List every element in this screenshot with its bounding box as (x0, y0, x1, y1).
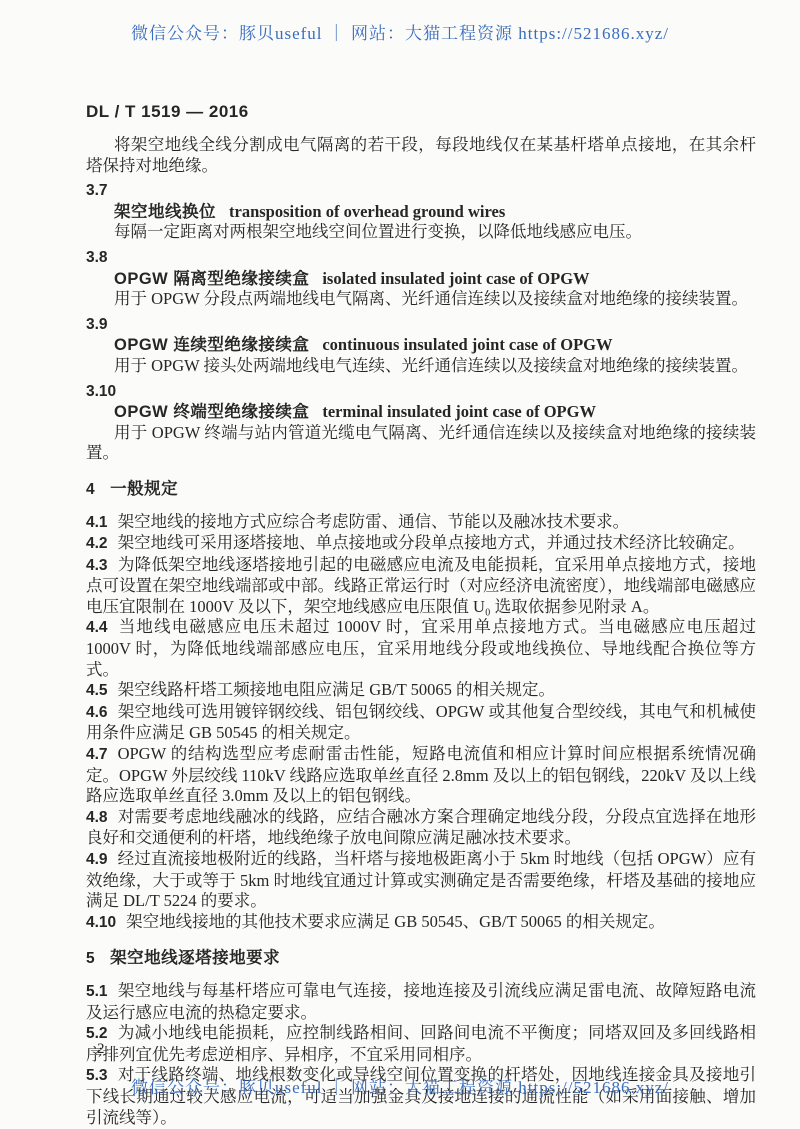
term-title: OPGW 终端型绝缘接续盒terminal insulated joint ca… (86, 402, 756, 423)
clause-text: 为减小地线电能损耗，应控制线路相间、回路间电流不平衡度；同塔双回及多回线路相序排… (86, 1023, 756, 1064)
clause-text: 架空地线可选用镀锌钢绞线、铝包钢绞线、OPGW 或其他复合型绞线，其电气和机械使… (86, 702, 756, 743)
clause-number: 4.1 (86, 514, 108, 531)
term-title-zh: OPGW 隔离型绝缘接续盒 (114, 270, 309, 288)
clause: 4.3为降低架空地线逐塔接地引起的电磁感应电流及电能损耗，宜采用单点接地方式，接… (86, 555, 756, 618)
clause-number: 4.10 (86, 914, 116, 931)
clause-number: 4.2 (86, 535, 108, 552)
clause: 4.4当地线电磁感应电压未超过 1000V 时，宜采用单点接地方式。当电磁感应电… (86, 617, 756, 680)
clause-text: 为降低架空地线逐塔接地引起的电磁感应电流及电能损耗，宜采用单点接地方式，接地点可… (86, 555, 756, 616)
document-content: 将架空地线全线分割成电气隔离的若干段，每段地线仅在某基杆塔单点接地，在其余杆塔保… (86, 135, 756, 1128)
intro-paragraph: 将架空地线全线分割成电气隔离的若干段，每段地线仅在某基杆塔单点接地，在其余杆塔保… (86, 135, 756, 176)
watermark-top: 微信公众号：豚贝useful ｜ 网站：大猫工程资源 https://52168… (0, 19, 800, 44)
section-title: 架空地线逐塔接地要求 (110, 949, 280, 967)
clause-number: 5.2 (86, 1025, 108, 1042)
section-number: 5 (86, 950, 95, 967)
clause-number: 4.8 (86, 809, 108, 826)
page-number: 2 (97, 1041, 105, 1058)
term-title-en: terminal insulated joint case of OPGW (322, 402, 596, 421)
term-title-zh: 架空地线换位 (114, 203, 216, 221)
clause-text: 架空地线与每基杆塔应可靠电气连接，接地连接及引流线应满足雷电流、故障短路电流及运… (86, 981, 756, 1022)
term-number: 3.7 (86, 181, 756, 202)
clause: 4.9经过直流接地极附近的线路，当杆塔与接地极距离小于 5km 时地线（包括 O… (86, 849, 756, 912)
term-number: 3.10 (86, 382, 756, 403)
clause-number: 4.3 (86, 557, 108, 574)
clause: 5.1架空地线与每基杆塔应可靠电气连接，接地连接及引流线应满足雷电流、故障短路电… (86, 981, 756, 1023)
clause-text: 架空地线接地的其他技术要求应满足 GB 50545、GB/T 50065 的相关… (126, 912, 665, 931)
clause-text: 架空地线可采用逐塔接地、单点接地或分段单点接地方式，并通过技术经济比较确定。 (118, 533, 745, 552)
term-title: OPGW 隔离型绝缘接续盒isolated insulated joint ca… (86, 269, 756, 290)
term-title: OPGW 连续型绝缘接续盒continuous insulated joint … (86, 335, 756, 356)
section-title: 一般规定 (110, 480, 178, 498)
term-title-zh: OPGW 终端型绝缘接续盒 (114, 403, 309, 421)
section-heading: 5架空地线逐塔接地要求 (86, 948, 756, 970)
term-number: 3.9 (86, 315, 756, 336)
clause: 5.2为减小地线电能损耗，应控制线路相间、回路间电流不平衡度；同塔双回及多回线路… (86, 1023, 756, 1065)
term-title-en: continuous insulated joint case of OPGW (322, 335, 612, 354)
clause-text: 架空地线的接地方式应综合考虑防雷、通信、节能以及融冰技术要求。 (118, 512, 630, 531)
clause: 4.10架空地线接地的其他技术要求应满足 GB 50545、GB/T 50065… (86, 912, 756, 934)
clause-number: 4.9 (86, 851, 108, 868)
clause-text: 当地线电磁感应电压未超过 1000V 时，宜采用单点接地方式。当电磁感应电压超过… (86, 617, 756, 678)
clause-text: 对需要考虑地线融冰的线路，应结合融冰方案合理确定地线分段，分段点宜选择在地形良好… (86, 807, 756, 848)
clause-text: 经过直流接地极附近的线路，当杆塔与接地极距离小于 5km 时地线（包括 OPGW… (86, 849, 756, 910)
clause-number: 4.5 (86, 682, 108, 699)
term-title-zh: OPGW 连续型绝缘接续盒 (114, 336, 309, 354)
clause-number: 4.6 (86, 704, 108, 721)
term-definition: 用于 OPGW 分段点两端地线电气隔离、光纤通信连续以及接续盒对地绝缘的接续装置… (86, 289, 756, 310)
doc-number: DL / T 1519 — 2016 (86, 102, 249, 122)
term-number: 3.8 (86, 248, 756, 269)
clause-text: 架空线路杆塔工频接地电阻应满足 GB/T 50065 的相关规定。 (118, 680, 555, 699)
clause: 4.1架空地线的接地方式应综合考虑防雷、通信、节能以及融冰技术要求。 (86, 512, 756, 534)
term-definition: 用于 OPGW 终端与站内管道光缆电气隔离、光纤通信连续以及接续盒对地绝缘的接续… (86, 423, 756, 464)
clause-number: 4.7 (86, 746, 108, 763)
clause: 4.7OPGW 的结构选型应考虑耐雷击性能，短路电流值和相应计算时间应根据系统情… (86, 744, 756, 807)
clause-number: 4.4 (86, 619, 108, 636)
section-heading: 4一般规定 (86, 479, 756, 501)
clause: 4.6架空地线可选用镀锌钢绞线、铝包钢绞线、OPGW 或其他复合型绞线，其电气和… (86, 702, 756, 744)
clause: 4.8对需要考虑地线融冰的线路，应结合融冰方案合理确定地线分段，分段点宜选择在地… (86, 807, 756, 849)
term-title: 架空地线换位transposition of overhead ground w… (86, 202, 756, 223)
clause: 4.5架空线路杆塔工频接地电阻应满足 GB/T 50065 的相关规定。 (86, 680, 756, 702)
term-definition: 用于 OPGW 接头处两端地线电气连续、光纤通信连续以及接续盒对地绝缘的接续装置… (86, 356, 756, 377)
clause-number: 5.1 (86, 983, 108, 1000)
term-title-en: isolated insulated joint case of OPGW (322, 269, 589, 288)
watermark-bottom: 微信公众号：豚贝useful ｜ 网站：大猫工程资源 https://52168… (0, 1073, 800, 1098)
clause: 4.2架空地线可采用逐塔接地、单点接地或分段单点接地方式，并通过技术经济比较确定… (86, 533, 756, 555)
term-definition: 每隔一定距离对两根架空地线空间位置进行变换，以降低地线感应电压。 (86, 222, 756, 243)
section-number: 4 (86, 481, 95, 498)
clause-text: OPGW 的结构选型应考虑耐雷击性能，短路电流值和相应计算时间应根据系统情况确定… (86, 744, 756, 805)
term-title-en: transposition of overhead ground wires (229, 202, 505, 221)
